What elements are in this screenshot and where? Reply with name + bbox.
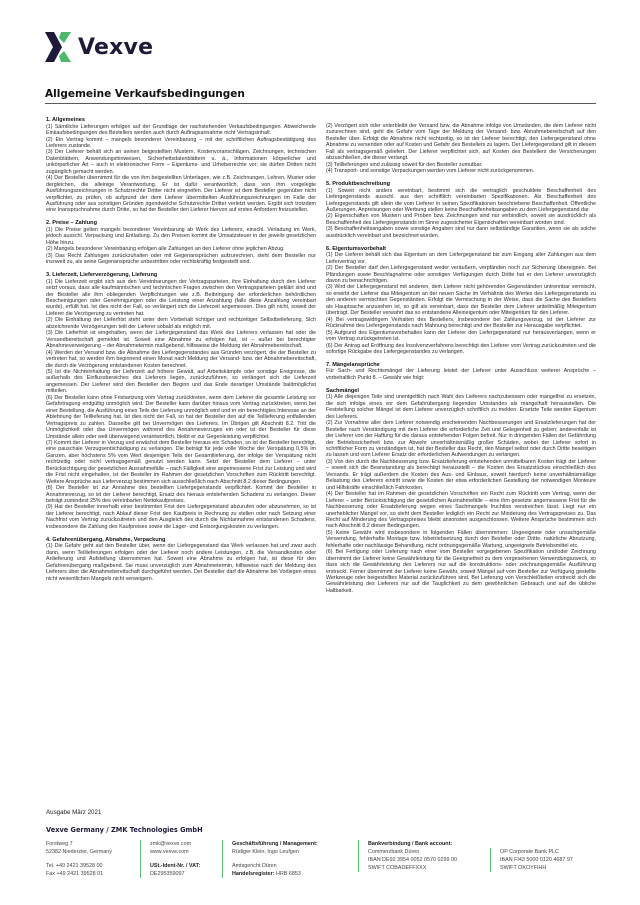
register-value: HRB 6853 <box>276 871 301 877</box>
page-title: Allgemeine Verkaufsbedingungen <box>45 88 596 104</box>
paragraph: (1) Der Lieferer behält sich das Eigentu… <box>326 252 596 265</box>
paragraph: (1) Die Lieferzeit ergibt sich aus den V… <box>46 279 316 318</box>
section-eigentumsvorbehalt: 6. Eigentumsvorbehalt (1) Der Lieferer b… <box>326 246 596 356</box>
paragraph: (3) Das Recht Zahlungen zurückzuhalten o… <box>46 253 316 266</box>
section-heading: 7. Mängelansprüche <box>326 362 596 369</box>
section-heading: 4. Gefahrenübergang, Abnahme, Verpackung <box>46 537 316 544</box>
paragraph: (6) Der Antrag auf Eröffnung des Insolve… <box>326 343 596 356</box>
street: Forstweg 7 <box>46 840 112 848</box>
paragraph: (5) Ist die Nichteinhaltung der Lieferze… <box>46 369 316 395</box>
paragraph: Für Sach- und Rechtsmängel der Lieferung… <box>326 368 596 381</box>
paragraph: (5) Aufgrund des Eigentumsvorbehaltes ka… <box>326 330 596 343</box>
vexve-logo: Vexve <box>45 30 153 64</box>
paragraph: (2) Zur Vornahme aller dem Lieferer notw… <box>326 420 596 459</box>
bank-swift: SWIFT COBADEFFXXX <box>368 864 457 872</box>
section-lieferzeit: 3. Lieferzeit, Lieferverzögerung, Liefer… <box>46 272 316 530</box>
section-gefahrenuebergang-cont: (2) Verzögert sich oder unterbleibt der … <box>326 123 596 175</box>
footer-management: Geschäftsführung / Management: Rüdiger K… <box>222 840 318 878</box>
section-preise-zahlung: 2. Preise – Zahlung (1) Die Preise gelte… <box>46 220 316 265</box>
paragraph: (4) Der Besteller hat im Rahmen der gese… <box>326 491 596 530</box>
section-sachmaengel: Sachmängel (1) Alle diejenigen Teile sin… <box>326 388 596 595</box>
section-produktbeschreibung: 5. Produktbeschreibung (1) Soweit nicht … <box>326 181 596 239</box>
paragraph: (1) Sämtliche Lieferungen erfolgen auf d… <box>46 124 316 137</box>
paragraph: (5) Keine Gewähr wird insbesondere in fo… <box>326 530 596 549</box>
paragraph: (3) Der Lieferer behält sich an seinen b… <box>46 149 316 175</box>
paragraph: (4) Werden der Versand bzw. die Abnahme … <box>46 350 316 369</box>
section-allgemeines: 1. Allgemeines (1) Sämtliche Lieferungen… <box>46 117 316 214</box>
paragraph: (7) Kommt der Lieferer in Verzug und erw… <box>46 440 316 485</box>
paragraph: (1) Die Preise gelten mangels besonderer… <box>46 227 316 246</box>
section-heading: 1. Allgemeines <box>46 117 316 124</box>
paragraph: (4) Bei vertragswidrigem Verhalten des B… <box>326 317 596 330</box>
register-label: Handelsregister: <box>232 871 275 877</box>
paragraph: (9) Hat der Besteller innerhalb einer be… <box>46 504 316 530</box>
paragraph: (3) Beschaffenheitsangaben sowie sonstig… <box>326 226 596 239</box>
bank-iban: IBAN FI43 5000 0120 4687 97 <box>500 856 573 864</box>
paragraph: (4) Der Besteller übernimmt für die von … <box>46 175 316 214</box>
vat-label: USt.-Ident-Nr. / VAT: <box>150 863 200 869</box>
brand-name: Vexve <box>78 35 153 60</box>
paragraph: (6) Bei Fertigung oder Lieferung nach ei… <box>326 549 596 594</box>
bank-iban: IBAN DE92 3954 0052 0570 0299 00 <box>368 856 457 864</box>
paragraph: (2) Ein Vertrag kommt – mangels besonder… <box>46 137 316 150</box>
footer-bank-2: OP Corporate Bank PLC IBAN FI43 5000 012… <box>490 848 573 872</box>
company-name: Vexve Germany / ZMK Technologies GmbH <box>46 826 203 834</box>
bank-name: OP Corporate Bank PLC <box>500 848 573 856</box>
section-heading: Sachmängel <box>326 388 596 395</box>
paragraph: (4) Transport- und sonstige Verpackungen… <box>326 168 596 174</box>
paragraph: (1) Alle diejenigen Teile sind unentgelt… <box>326 394 596 420</box>
section-heading: 2. Preise – Zahlung <box>46 220 316 227</box>
bank-name: Commerzbank Düren <box>368 848 457 856</box>
phone: Tel. +49 2421 39528 00 <box>46 862 112 870</box>
management-names: Rüdiger Klein, Ingo Leufgen <box>232 848 318 856</box>
bank-swift: SWIFT OKOYFIHH <box>500 864 573 872</box>
footer-bank-1: Bankverbindung / Bank account: Commerzba… <box>358 840 457 872</box>
right-column: (2) Verzögert sich oder unterbleibt der … <box>326 123 596 601</box>
left-column: 1. Allgemeines (1) Sämtliche Lieferungen… <box>46 117 316 588</box>
vat-value: DE295359097 <box>150 870 200 878</box>
paragraph: (1) Die Gefahr geht auf den Besteller üb… <box>46 543 316 582</box>
email-link[interactable]: zmk@vexve.com <box>150 840 200 848</box>
footer-contact: zmk@vexve.com www.vexve.com USt.-Ident-N… <box>140 840 200 878</box>
paragraph: (2) Verzögert sich oder unterbleibt der … <box>326 123 596 162</box>
section-heading: 3. Lieferzeit, Lieferverzögerung, Liefer… <box>46 272 316 279</box>
paragraph: (2) Der Besteller darf den Liefergegenst… <box>326 265 596 284</box>
section-gefahrenuebergang: 4. Gefahrenübergang, Abnahme, Verpackung… <box>46 537 316 582</box>
paragraph: (6) Der Besteller kann ohne Fristsetzung… <box>46 395 316 440</box>
section-heading: 5. Produktbeschreibung <box>326 181 596 188</box>
paragraph: (2) Mangels besonderer Vereinbarung erfo… <box>46 246 316 252</box>
section-heading: 6. Eigentumsvorbehalt <box>326 246 596 253</box>
management-label: Geschäftsführung / Management: <box>232 841 318 847</box>
bank-label: Bankverbindung / Bank account: <box>368 841 452 847</box>
court: Amtsgericht Düren <box>232 862 318 870</box>
paragraph: (3) Wird der Liefergegenstand mit andere… <box>326 284 596 316</box>
section-maengelansprueche: 7. Mängelansprüche Für Sach- und Rechtsm… <box>326 362 596 382</box>
paragraph: (3) Die Lieferfrist ist eingehalten, wen… <box>46 330 316 349</box>
fax: Fax +49 2421 39528 01 <box>46 870 112 878</box>
paragraph: (3) Von den durch die Nachbesserung bzw.… <box>326 459 596 491</box>
paragraph: (2) Die Einhaltung der Lieferfrist steht… <box>46 317 316 330</box>
paragraph: (2) Eigenschaften von Mustern und Proben… <box>326 213 596 226</box>
footer-address: Forstweg 7 52382 Niederzier, Germany Tel… <box>46 840 112 878</box>
website-link[interactable]: www.vexve.com <box>150 848 200 856</box>
paragraph: (1) Soweit nicht anders vereinbart, best… <box>326 188 596 214</box>
city: 52382 Niederzier, Germany <box>46 848 112 856</box>
edition-date: Ausgabe März 2021 <box>46 809 101 816</box>
paragraph: (8) Der Besteller ist zur Annahme des be… <box>46 485 316 504</box>
vexve-x-mark-icon <box>45 32 73 62</box>
